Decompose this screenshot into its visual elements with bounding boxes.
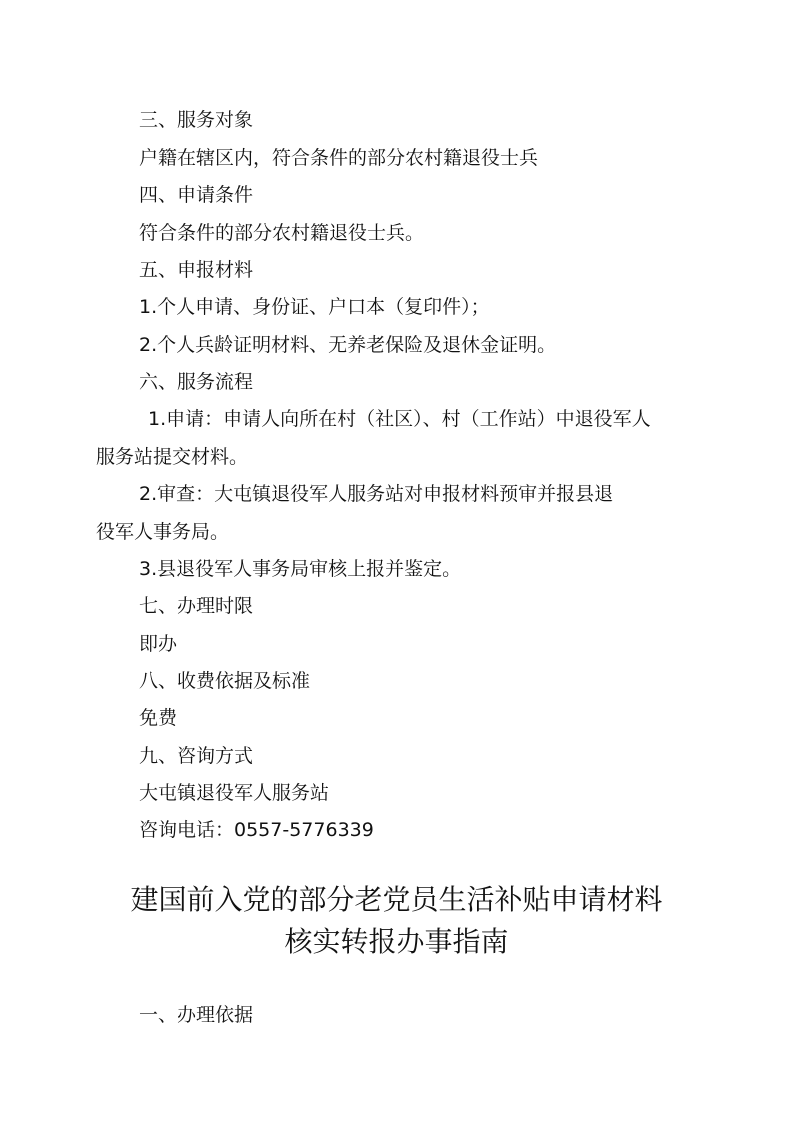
list-item-continuation: 役军人事务局。	[96, 520, 229, 544]
paragraph: 免费	[139, 706, 177, 730]
paragraph: 即办	[139, 632, 177, 656]
paragraph: 户籍在辖区内，符合条件的部分农村籍退役士兵	[139, 146, 538, 170]
heading-time-limit: 七、办理时限	[139, 594, 253, 618]
heading-contact: 九、咨询方式	[139, 744, 253, 768]
section-title: 建国前入党的部分老党员生活补贴申请材料	[0, 882, 793, 918]
list-item-continuation: 服务站提交材料。	[96, 445, 248, 469]
list-item: 2.个人兵龄证明材料、无养老保险及退休金证明。	[139, 333, 556, 357]
heading-process: 六、服务流程	[139, 370, 253, 394]
list-item: 1.个人申请、身份证、户口本（复印件）；	[139, 295, 490, 319]
list-item: 1.申请：申请人向所在村（社区）、村（工作站）中退役军人	[148, 407, 651, 431]
heading-service-target: 三、服务对象	[139, 108, 253, 132]
list-item: 3.县退役军人事务局审核上报并鉴定。	[139, 557, 461, 581]
section-subtitle: 核实转报办事指南	[0, 924, 793, 960]
list-item: 2.审查：大屯镇退役军人服务站对申报材料预审并报县退	[139, 482, 613, 506]
contact-phone: 咨询电话：0557-5776339	[139, 818, 374, 842]
paragraph: 符合条件的部分农村籍退役士兵。	[139, 221, 424, 245]
heading-basis: 一、办理依据	[139, 1003, 253, 1027]
heading-fees: 八、收费依据及标准	[139, 669, 310, 693]
heading-materials: 五、申报材料	[139, 258, 253, 282]
paragraph: 大屯镇退役军人服务站	[139, 781, 329, 805]
heading-conditions: 四、申请条件	[139, 183, 253, 207]
